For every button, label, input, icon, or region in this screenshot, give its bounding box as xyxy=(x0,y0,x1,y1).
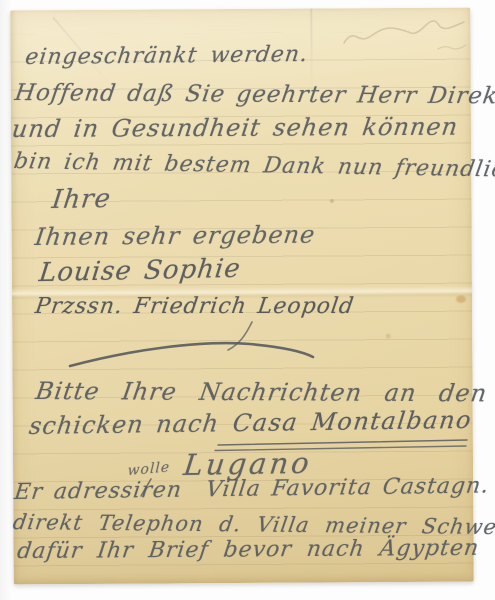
signature-friedrich-leopold: Przssn. Friedrich Leopold xyxy=(33,294,355,319)
valediction-line-2: Ihnen sehr ergebene xyxy=(33,221,317,251)
handwritten-line-1: eingeschränkt werden. xyxy=(24,42,310,70)
stain-spot-1 xyxy=(455,295,467,304)
stain-spot-3 xyxy=(329,198,334,203)
stain-spot-2 xyxy=(385,333,391,339)
postscript-line-1: Bitte Ihre Nachrichten an den xyxy=(34,377,489,407)
handwritten-line-2: Hoffend daß Sie geehrter Herr Direktor xyxy=(13,80,495,110)
postscript-line-5: dafür Ihr Brief bevor nach Ägypten xyxy=(16,536,481,564)
postscript-line-2-prefix: schicken nach xyxy=(27,409,220,440)
postscript-line-3-rest: Villa Favorita Castagn. xyxy=(204,473,490,502)
crease-vertical xyxy=(310,9,313,94)
valediction-line-1: Ihre xyxy=(50,184,113,215)
postscript-line-3-start: Er adressiren xyxy=(13,478,184,505)
place-casa-montalbano: Casa Montalbano xyxy=(231,406,474,437)
handwritten-line-3: und in Gesundheit sehen können xyxy=(10,113,460,143)
signature-louise-sophie: Louise Sophie xyxy=(37,254,242,288)
